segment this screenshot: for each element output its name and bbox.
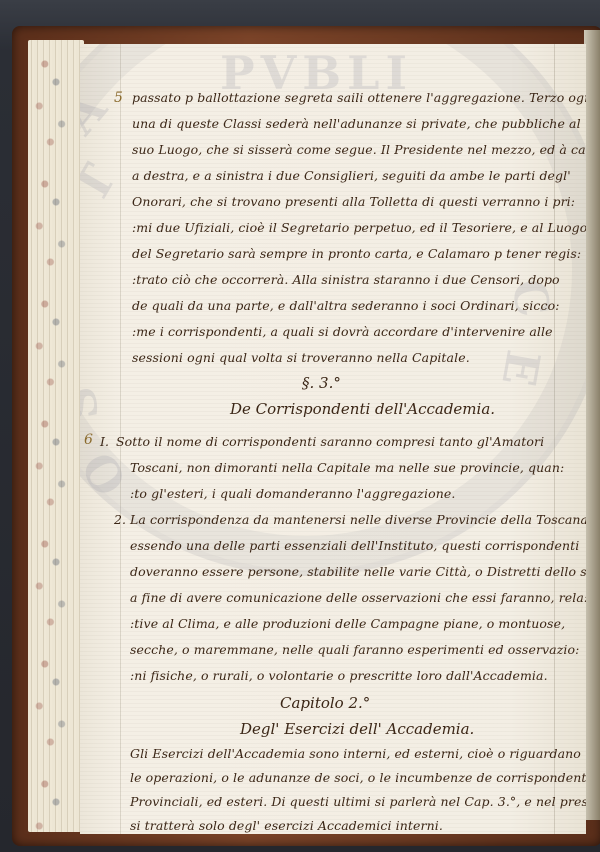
text-line: de quali da una parte, e dall'altra sede… (132, 298, 560, 313)
page-edges (28, 40, 84, 832)
text-line: Gli Esercizi dell'Accademia sono interni… (130, 746, 581, 761)
text-line: Provinciali, ed esteri. Di questi ultimi… (130, 794, 586, 809)
text-line: a fine di avere comunicazione delle osse… (130, 590, 586, 605)
text-line: :tive al Clima, e alle produzioni delle … (130, 616, 565, 631)
section-title: De Corrispondenti dell'Accademia. (230, 400, 495, 418)
text-line: si tratterà solo degl' esercizi Accademi… (130, 818, 443, 833)
text-line: passato p ballottazione segreta saili ot… (132, 90, 586, 105)
chapter-heading: Capitolo 2.° (280, 694, 370, 712)
text-line: a destra, e a sinistra i due Consiglieri… (132, 168, 571, 183)
text-line: :me i corrispondenti, a quali si dovrà a… (132, 324, 553, 339)
section-number: §. 3.° (302, 374, 341, 392)
text-line: una di queste Classi sederà nell'adunanz… (132, 116, 581, 131)
text-line: secche, o maremmane, nelle quali faranno… (130, 642, 579, 657)
text-line: sessioni ogni qual volta si troveranno n… (132, 350, 470, 365)
margin-number: 6 (84, 432, 93, 448)
text-line: essendo una delle parti essenziali dell'… (130, 538, 579, 553)
text-line: suo Luogo, che si sisserà come segue. Il… (132, 142, 586, 157)
foxing-spots (28, 40, 84, 832)
text-line: Toscani, non dimoranti nella Capitale ma… (130, 460, 564, 475)
manuscript-page: PVBLI T A S O C E 5 passato p ballottazi… (80, 44, 586, 834)
text-line: La corrispondenza da mantenersi nelle di… (130, 512, 586, 527)
text-line: Onorari, che si trovano presenti alla To… (132, 194, 575, 209)
text-line: :to gl'esteri, i quali domanderanno l'ag… (130, 486, 455, 501)
item-label: 2. (114, 512, 126, 527)
text-line: :mi due Ufiziali, cioè il Segretario per… (132, 220, 586, 235)
text-line: le operazioni, o le adunanze de soci, o … (130, 770, 586, 785)
facing-page-edge (584, 30, 600, 820)
text-line: :ni fisiche, o rurali, o volontarie o pr… (130, 668, 548, 683)
text-line: doveranno essere persone, stabilite nell… (130, 564, 586, 579)
chapter-title: Degl' Esercizi dell' Accademia. (240, 720, 474, 738)
text-line: :trato ciò che occorrerà. Alla sinistra … (132, 272, 560, 287)
text-line: del Segretario sarà sempre in pronto car… (132, 246, 581, 261)
text-line: Sotto il nome di corrispondenti saranno … (116, 434, 544, 449)
item-label: I. (100, 434, 109, 449)
margin-number: 5 (114, 90, 123, 106)
